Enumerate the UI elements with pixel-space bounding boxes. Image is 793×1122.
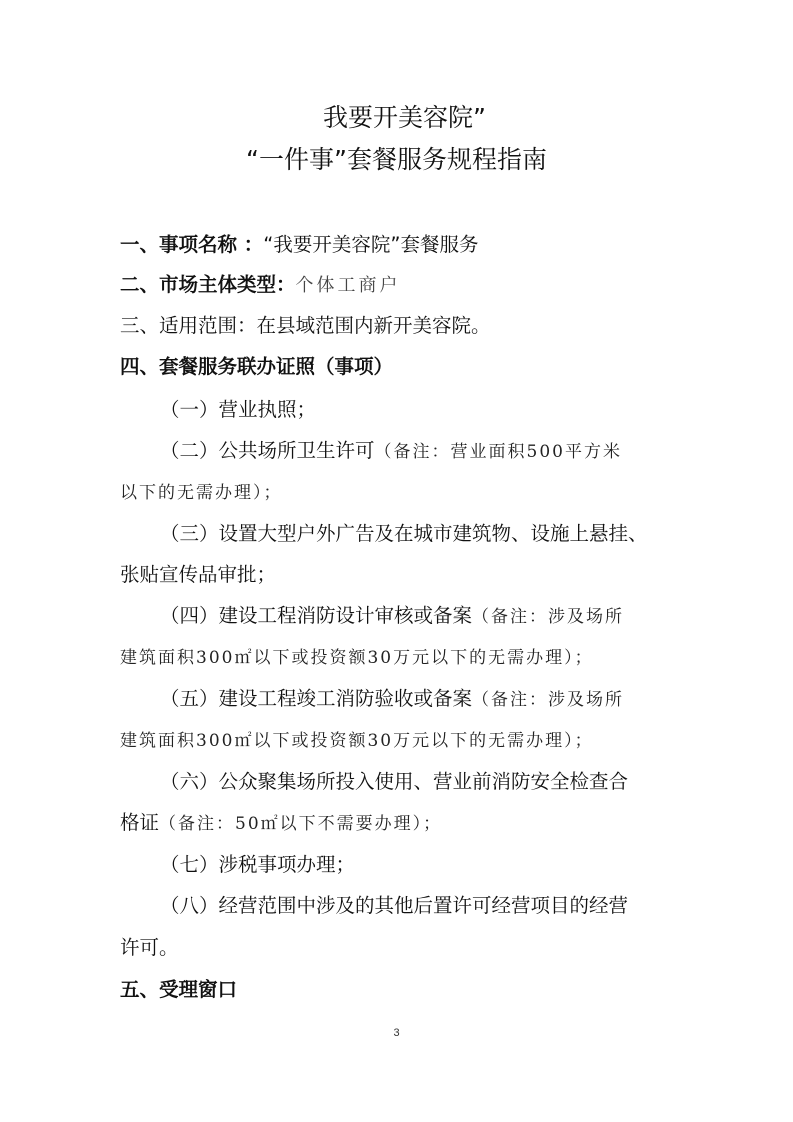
item-3-cont-text: 张贴宣传品审批； (120, 563, 276, 586)
item-1: （一）营业执照； (160, 397, 316, 423)
item-5-cont-text: 建筑面积300㎡以下或投资额30万元以下的无需办理）； (120, 731, 594, 751)
section-2-label: 二、市场主体类型： (120, 273, 296, 296)
section-4-heading: 四、套餐服务联办证照（事项） (120, 354, 393, 380)
section-3-label: 三、适用范围： (120, 314, 257, 337)
item-2: （二）公共场所卫生许可（备注：营业面积500平方米 (160, 438, 622, 465)
item-6-cont-lead: 格证 (120, 811, 159, 834)
item-1-lead: （一）营业执照； (160, 398, 316, 421)
item-6-continuation: 格证（备注：50㎡以下不需要办理）； (120, 810, 442, 837)
item-2-note: （备注：营业面积500平方米 (375, 442, 622, 462)
item-2-continuation: 以下的无需办理）； (120, 479, 283, 506)
item-5-lead: （五）建设工程竣工消防验收或备案 (160, 687, 472, 710)
section-2-entity-type: 二、市场主体类型：个体工商户 (120, 272, 401, 299)
item-3-lead: （三）设置大型户外广告及在城市建筑物、设施上悬挂、 (160, 522, 648, 545)
item-8-continuation: 许可。 (120, 935, 179, 961)
item-6: （六）公众聚集场所投入使用、营业前消防安全检查合 (160, 769, 628, 795)
section-1-label: 一、事项名称 ： (120, 233, 263, 256)
page-number: 3 (0, 1027, 793, 1039)
item-4-continuation: 建筑面积300㎡以下或投资额30万元以下的无需办理）； (120, 644, 594, 671)
section-1-value: “我要开美容院”套餐服务 (263, 233, 478, 256)
item-4-lead: （四）建设工程消防设计审核或备案 (160, 604, 472, 627)
item-4: （四）建设工程消防设计审核或备案（备注：涉及场所 (160, 603, 624, 630)
item-6-cont-text: （备注：50㎡以下不需要办理）； (159, 814, 442, 834)
item-3-continuation: 张贴宣传品审批； (120, 562, 276, 588)
item-7-lead: （七）涉税事项办理； (160, 853, 355, 876)
section-5-heading: 五、受理窗口 (120, 977, 237, 1003)
item-8-cont-text: 许可。 (120, 936, 179, 959)
section-2-value: 个体工商户 (296, 275, 401, 296)
document-title-line-2: “一件事”套餐服务规程指南 (0, 145, 793, 175)
item-5-note: （备注：涉及场所 (472, 690, 624, 710)
item-8: （八）经营范围中涉及的其他后置许可经营项目的经营 (160, 893, 628, 919)
item-2-cont-text: 以下的无需办理）； (120, 483, 283, 503)
document-title-line-1: 我要开美容院” (8, 103, 793, 133)
section-1-item-name: 一、事项名称 ：“我要开美容院”套餐服务 (120, 232, 479, 258)
item-8-lead: （八）经营范围中涉及的其他后置许可经营项目的经营 (160, 894, 628, 917)
document-page: 我要开美容院” “一件事”套餐服务规程指南 一、事项名称 ：“我要开美容院”套餐… (0, 0, 793, 1122)
section-3-value: 在县域范围内新开美容院。 (257, 314, 491, 337)
section-3-scope: 三、适用范围：在县域范围内新开美容院。 (120, 313, 491, 339)
item-4-note: （备注：涉及场所 (472, 607, 624, 627)
item-7: （七）涉税事项办理； (160, 852, 355, 878)
item-2-lead: （二）公共场所卫生许可 (160, 439, 375, 462)
item-4-cont-text: 建筑面积300㎡以下或投资额30万元以下的无需办理）； (120, 648, 594, 668)
item-3: （三）设置大型户外广告及在城市建筑物、设施上悬挂、 (160, 521, 648, 547)
item-5-continuation: 建筑面积300㎡以下或投资额30万元以下的无需办理）； (120, 727, 594, 754)
item-5: （五）建设工程竣工消防验收或备案（备注：涉及场所 (160, 686, 624, 713)
item-6-lead: （六）公众聚集场所投入使用、营业前消防安全检查合 (160, 770, 628, 793)
